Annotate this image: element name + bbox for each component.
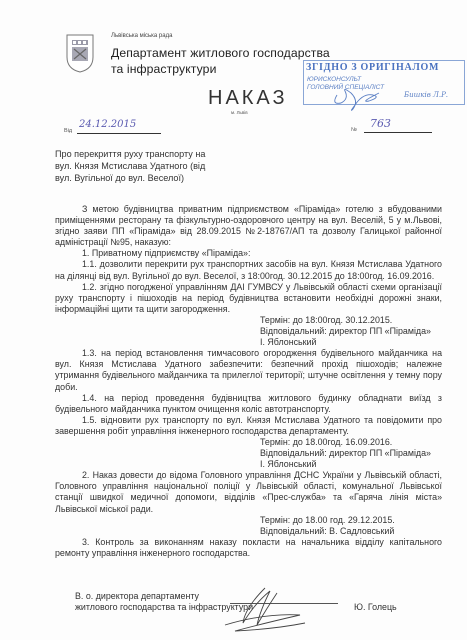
certified-copy-stamp: ЗГІДНО З ОРИГІНАЛОМ ЮРИСКОНСУЛЬТ ГОЛОВНИ… (303, 60, 465, 105)
document-type-heading: НАКАЗ (208, 87, 288, 110)
document-page: Львівська міська рада Департамент житлов… (0, 0, 467, 640)
number-label: № (351, 127, 357, 133)
item-1-2-person: І. Яблонський (55, 337, 442, 348)
subject-heading: Про перекриття руху транспорту на вул. К… (55, 148, 215, 184)
item-1-2: 1.2. згідно погодженої управлінням ДАІ Г… (55, 282, 442, 315)
preamble-paragraph: З метою будівництва приватним підприємст… (55, 204, 442, 248)
item-2-responsible: Відповідальний: В. Садловський (55, 526, 442, 537)
item-1-5-responsible: Відповідальний: директор ПП «Піраміда» (55, 448, 442, 459)
order-body: З метою будівництва приватним підприємст… (55, 204, 442, 559)
department-title-line2: та інфраструктури (111, 61, 330, 77)
department-title-line1: Департамент житлового господарства (111, 45, 330, 61)
director-signature-icon (205, 583, 325, 633)
item-2-term: Термін: до 18.00 год. 29.12.2015. (55, 515, 442, 526)
stamp-signer-name: Бишків Л.Р. (404, 91, 448, 99)
item-1-1: 1.1. дозволити перекрити рух транспортни… (55, 259, 442, 281)
item-1-2-responsible: Відповідальний: директор ПП «Піраміда» (55, 326, 442, 337)
stamp-signature-icon (329, 85, 409, 113)
lviv-coat-of-arms-icon (65, 33, 95, 73)
stamp-title: ЗГІДНО З ОРИГІНАЛОМ (306, 62, 439, 73)
item-1-5-person: І. Яблонський (55, 459, 442, 470)
signatory-name: Ю. Голець (354, 602, 397, 612)
date-label: Від (64, 128, 72, 134)
item-1-5: 1.5. відновити рух транспорту по вул. Кн… (55, 415, 442, 437)
item-1-2-term: Термін: до 18:00год. 30.12.2015. (55, 315, 442, 326)
stamp-position-line1: ЮРИСКОНСУЛЬТ (307, 76, 361, 83)
council-name: Львівська міська рада (111, 33, 172, 39)
item-1-3: 1.3. на період встановлення тимчасового … (55, 348, 442, 392)
item-3: 3. Контроль за виконанням наказу покласт… (55, 537, 442, 559)
item-2: 2. Наказ довести до відома Головного упр… (55, 470, 442, 514)
item-1-4: 1.4. на період проведення будівництва жи… (55, 393, 442, 415)
item-1-5-term: Термін: до 18.00год. 16.09.2016. (55, 437, 442, 448)
item-1: 1. Приватному підприємству «Піраміда»: (55, 248, 442, 259)
department-title: Департамент житлового господарства та ін… (111, 45, 330, 77)
city-label: м. Львів (231, 110, 248, 115)
number-field: 763 (364, 117, 432, 133)
date-field: 24.12.2015 (77, 119, 161, 134)
